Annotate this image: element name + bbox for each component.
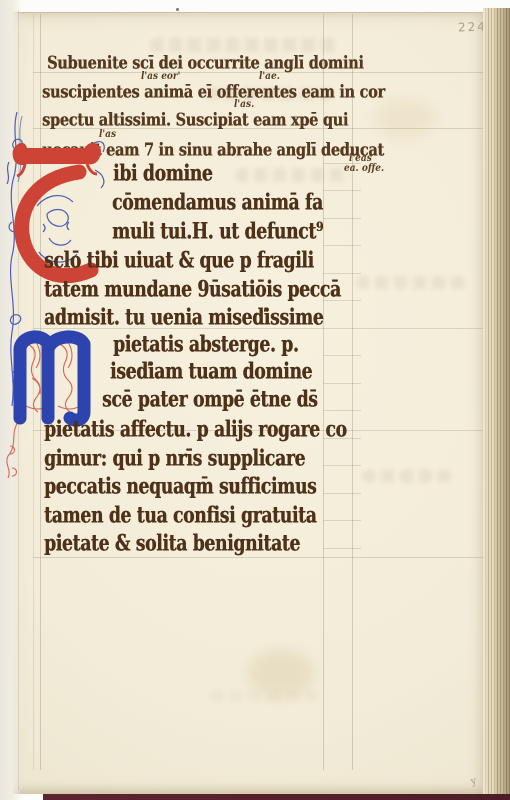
prayer-line: scē pater ompē ētne ds̄ (102, 388, 317, 411)
ruling-line (323, 355, 361, 356)
initial-letter-t: T (43, 110, 44, 111)
prayer-line: pietatis affectu. p alijs rogare co (44, 418, 347, 441)
bleedthrough-ghost (362, 470, 452, 482)
ruling-line (323, 383, 361, 384)
prayer-line: iseďiam tuam domine (110, 360, 312, 383)
interlinear-gloss: l'as eor' (141, 72, 180, 82)
ruling-line (323, 245, 361, 246)
prayer-line: pietatis absterge. p. (113, 333, 299, 356)
rubric-line: Subuenite scī dei occurrite anglī domini (47, 55, 364, 73)
ruling-line (33, 557, 485, 558)
interlinear-gloss: l'ae. (259, 72, 280, 82)
prayer-line: peccatis nequaqm̄ sufficimus (44, 475, 316, 498)
ruling-line (323, 465, 361, 466)
ruling-line (323, 190, 361, 191)
bleedthrough-ghost (235, 168, 350, 182)
ruling-line (323, 493, 361, 494)
initial-letter-m: M (44, 326, 45, 327)
book-cover-edge (43, 794, 510, 800)
prayer-line: gimur: qui p nrīs supplicare (44, 447, 305, 470)
parchment-stain (375, 100, 435, 138)
bleedthrough-ghost (356, 276, 468, 289)
ink-speck (176, 8, 179, 11)
manuscript-photo: 224 Subuenite scī dei occurrite anglī do… (0, 0, 510, 800)
fore-edge-shading (483, 8, 510, 795)
rubric-line: suscipientes animā eī offerentes eam in … (42, 84, 385, 102)
prayer-line: ibi domine (113, 162, 212, 185)
ruling-line (323, 218, 361, 219)
ruling-line (323, 548, 361, 549)
ruling-line (323, 410, 361, 411)
prayer-line: pietate & solita benignitate (44, 532, 300, 555)
prayer-line: cōmendamus animā fa (112, 191, 323, 214)
prayer-line: tatem mundane 9ūsatiōis peccā (44, 278, 341, 301)
interlinear-gloss: l'as. (234, 100, 254, 110)
parchment-stain (248, 650, 314, 696)
ruling-line (323, 520, 361, 521)
prayer-line: muli tui.H. ut defunct⁹ (112, 220, 323, 243)
prayer-line: sclō tibi uiuat & que p fragili (44, 249, 314, 272)
prayer-line: tamen de tua confisi gratuita (44, 504, 316, 527)
interlinear-gloss: ea. offe. (344, 164, 384, 174)
bleedthrough-ghost (150, 38, 340, 52)
ruling-line (323, 273, 361, 274)
